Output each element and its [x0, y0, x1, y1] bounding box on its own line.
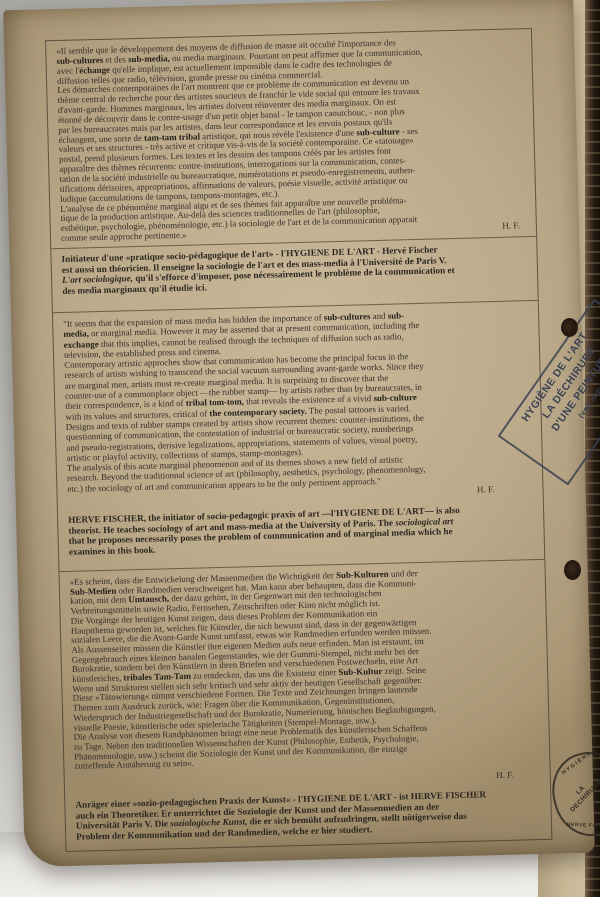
section-fr-quote: «Il semble que le développement des moye… — [46, 29, 536, 249]
oval-stamp-center: LA DECHIRURE — [563, 773, 600, 815]
signature: H. F. — [502, 222, 520, 232]
punch-hole-bottom — [564, 560, 581, 580]
oval-stamp-arc-bottom: HERVE FISCHER — [567, 822, 600, 830]
punch-hole-top — [561, 318, 578, 337]
oval-stamp-center-line2: DECHIRURE — [569, 778, 600, 813]
section-de-credit: Anräger einer »sozio-pedagogischen Praxi… — [65, 783, 551, 851]
section-de-quote: »Es scheint, dass die Entwickelung der M… — [59, 560, 549, 795]
section-en-quote: "It seems that the expansion of mass med… — [53, 301, 543, 510]
text-frame: «Il semble que le développement des moye… — [45, 28, 552, 852]
photo-background: { "page": { "sections": [ { "id": "fr-qu… — [0, 0, 600, 897]
